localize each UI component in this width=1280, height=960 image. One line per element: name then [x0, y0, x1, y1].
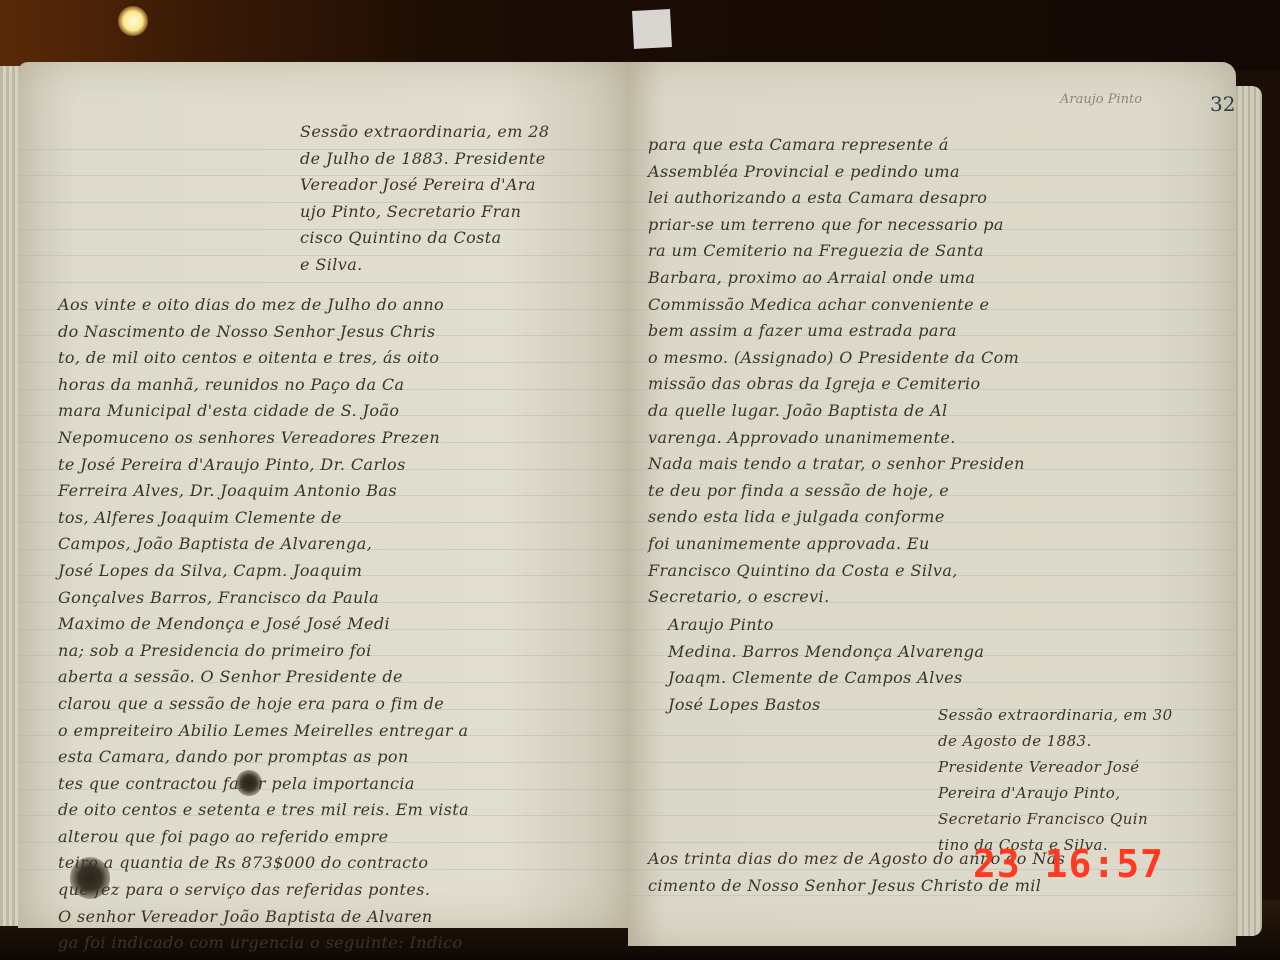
session-heading-july: Sessão extraordinaria, em 28 de Julho de…	[300, 119, 620, 279]
minutes-text-right: para que esta Camara represente á Assemb…	[648, 132, 1218, 611]
open-ledger-book: Sessão extraordinaria, em 28 de Julho de…	[0, 56, 1280, 936]
right-page-edges	[1232, 86, 1262, 936]
right-page: Araujo Pinto 32 para que esta Camara rep…	[628, 62, 1236, 946]
ink-stain	[236, 770, 262, 796]
camera-timestamp: 23 16:57	[973, 842, 1164, 886]
lamp-light	[118, 6, 148, 36]
ink-stain	[70, 857, 110, 899]
paper-scrap	[632, 9, 672, 49]
minutes-text-left: Aos vinte e oito dias do mez de Julho do…	[58, 292, 618, 957]
session-heading-august: Sessão extraordinaria, em 30 de Agosto d…	[938, 702, 1218, 858]
page-margin-note: Araujo Pinto	[1060, 92, 1142, 107]
page-number: 32	[1210, 92, 1235, 116]
left-page: Sessão extraordinaria, em 28 de Julho de…	[18, 62, 628, 928]
